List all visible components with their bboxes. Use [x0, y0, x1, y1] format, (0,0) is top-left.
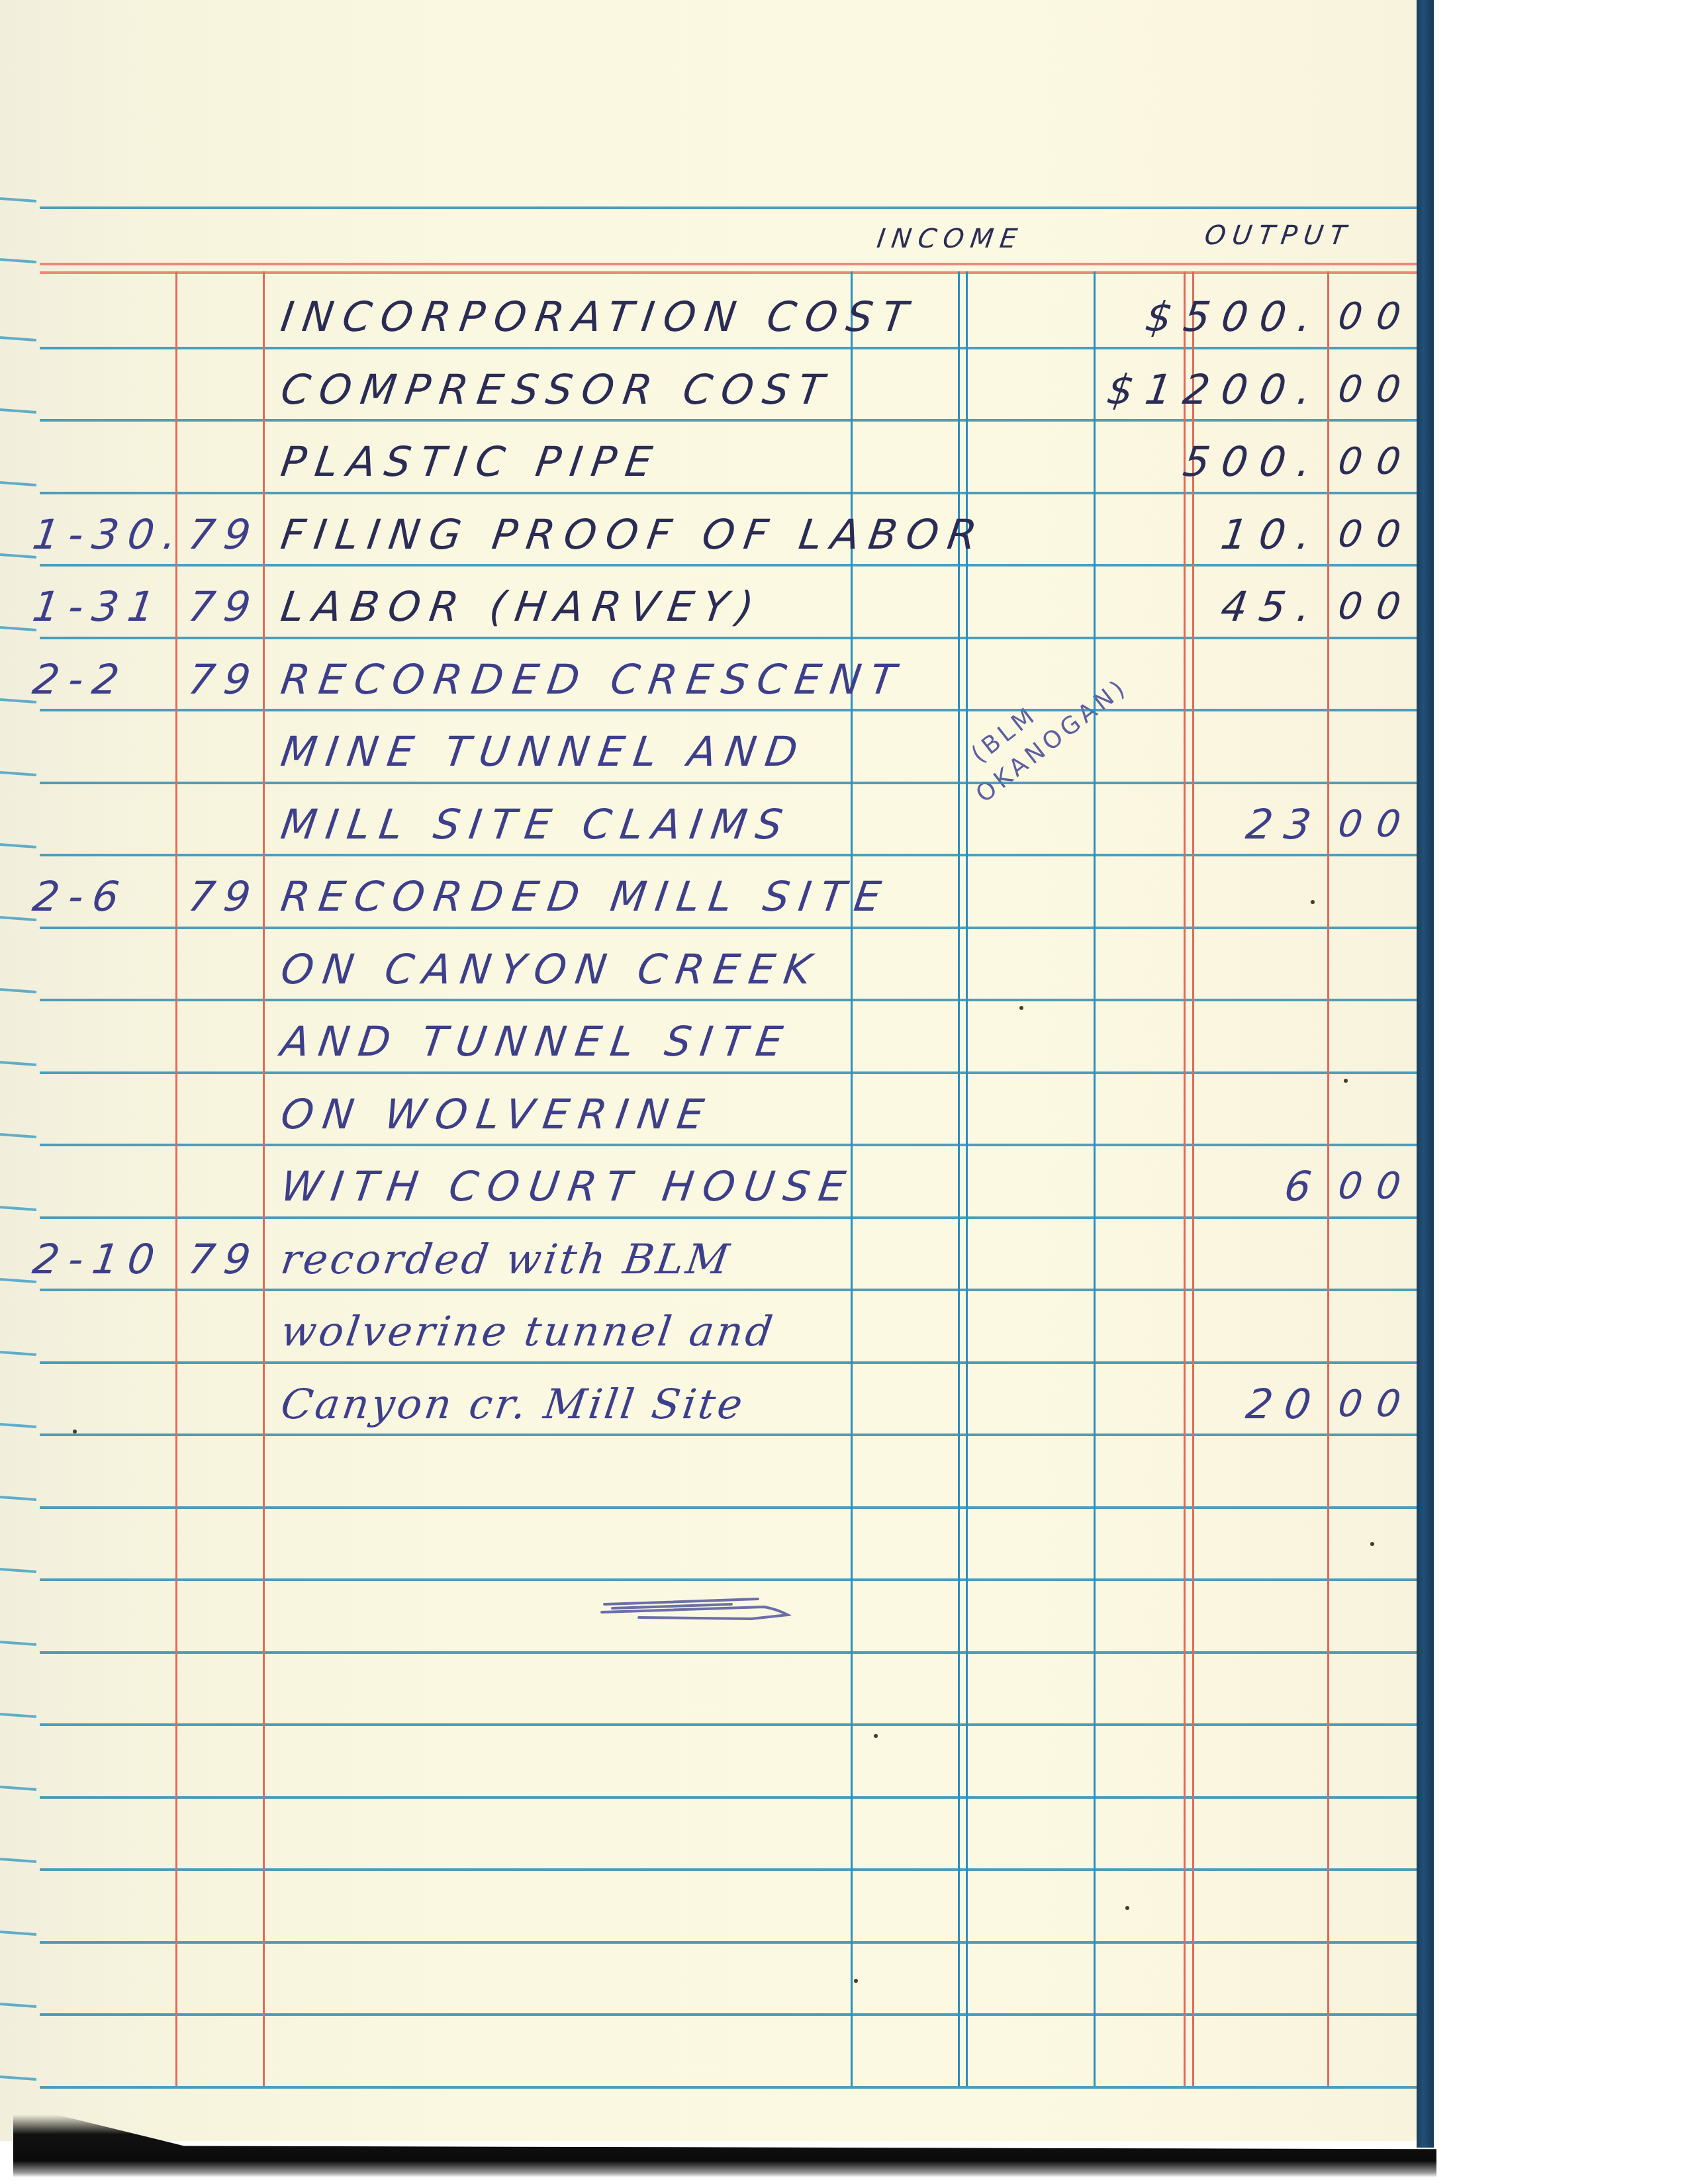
margin-tick — [0, 408, 36, 414]
entry-description: COMPRESSOR COST — [278, 365, 836, 414]
entry-description: RECORDED CRESCENT — [278, 655, 908, 704]
entry-year: 79 — [185, 655, 263, 704]
header-top-rule — [40, 206, 1422, 209]
entry-description: MILL SITE CLAIMS — [278, 800, 795, 848]
row-rule — [40, 1433, 1422, 1436]
row-rule — [40, 1651, 1422, 1654]
margin-tick — [0, 2075, 36, 2081]
output-amount-cents: 00 — [1335, 1383, 1417, 1426]
row-rule — [40, 854, 1422, 856]
margin-tick — [0, 1133, 36, 1138]
entry-date: 1-30. — [30, 510, 189, 559]
margin-tick — [0, 988, 36, 993]
row-rule — [40, 1578, 1422, 1581]
margin-tick — [0, 1641, 36, 1646]
margin-tick — [0, 2003, 36, 2008]
entry-description: LABOR (HARVEY) — [278, 582, 766, 631]
entry-description: RECORDED MILL SITE — [278, 872, 893, 921]
paper-speck — [1344, 1079, 1348, 1083]
margin-tick — [0, 1351, 36, 1356]
header-red-rule — [40, 263, 1422, 265]
entry-description: Canyon cr. Mill Site — [278, 1380, 748, 1428]
paper-speck — [854, 1979, 858, 1983]
entry-date: 2-2 — [30, 655, 132, 704]
margin-tick — [0, 1496, 36, 1501]
output-amount-dollars: 500. — [1180, 437, 1326, 486]
margin-tick — [0, 197, 36, 203]
row-rule — [40, 709, 1422, 711]
row-rule — [40, 419, 1422, 422]
scribble-mark — [599, 1595, 791, 1624]
row-rule — [40, 1868, 1422, 1871]
row-rule — [40, 1361, 1422, 1364]
entry-description: PLASTIC PIPE — [278, 437, 664, 486]
row-rule — [40, 492, 1422, 494]
margin-tick — [0, 336, 36, 341]
output-amount-dollars: 10. — [1218, 510, 1326, 559]
entry-description: MINE TUNNEL AND — [278, 727, 810, 776]
paper-speck — [874, 1734, 878, 1738]
entry-description: WITH COURT HOUSE — [278, 1162, 858, 1210]
margin-tick — [0, 1568, 36, 1573]
entry-description: AND TUNNEL SITE — [278, 1017, 795, 1066]
column-rule-red — [1192, 271, 1194, 2086]
ledger-page: INCOME OUTPUT (BLM OKANOGAN) INCORPORATI… — [0, 0, 1422, 2141]
entry-year: 79 — [185, 510, 263, 559]
paper-speck — [1019, 1006, 1023, 1010]
paper-speck — [73, 1430, 77, 1433]
output-amount-cents: 00 — [1335, 440, 1417, 483]
header-red-rule — [40, 271, 1422, 274]
margin-tick — [0, 1786, 36, 1791]
entry-description: wolverine tunnel and — [278, 1307, 778, 1355]
output-amount-cents: 00 — [1335, 295, 1417, 338]
output-amount-dollars: 23 — [1243, 800, 1326, 848]
margin-tick — [0, 1713, 36, 1718]
column-rule-red — [1184, 271, 1186, 2086]
entry-description: recorded with BLM — [278, 1235, 735, 1283]
row-rule — [40, 782, 1422, 784]
margin-tick — [0, 771, 36, 776]
income-header: INCOME — [875, 224, 1025, 254]
entry-description: ON CANYON CREEK — [278, 945, 823, 993]
paper-speck — [1125, 1906, 1129, 1910]
book-cover-edge — [1417, 0, 1434, 2148]
margin-tick — [0, 1423, 36, 1428]
entry-year: 79 — [185, 582, 263, 631]
row-rule — [40, 2086, 1422, 2089]
column-rule-blue — [1094, 271, 1096, 2086]
entry-date: 2-10 — [30, 1235, 167, 1283]
output-amount-dollars: $500. — [1142, 293, 1326, 341]
entry-date: 1-31 — [30, 582, 167, 631]
paper-speck — [1370, 1542, 1374, 1546]
row-rule — [40, 637, 1422, 639]
output-amount-dollars: 45. — [1218, 582, 1326, 631]
row-rule — [40, 1289, 1422, 1291]
row-rule — [40, 564, 1422, 567]
margin-tick — [0, 843, 36, 848]
entry-year: 79 — [185, 1235, 263, 1283]
output-amount-cents: 00 — [1335, 585, 1417, 628]
column-rule-red — [263, 271, 265, 2086]
margin-tick — [0, 1061, 36, 1066]
margin-tick — [0, 258, 36, 263]
row-rule — [40, 1071, 1422, 1074]
entry-description: FILING PROOF OF LABOR — [278, 510, 989, 559]
output-amount-cents: 00 — [1335, 513, 1417, 556]
margin-tick — [0, 481, 36, 486]
margin-tick — [0, 1931, 36, 1936]
output-amount-cents: 00 — [1335, 803, 1417, 846]
row-rule — [40, 347, 1422, 349]
row-rule — [40, 1941, 1422, 1944]
row-rule — [40, 999, 1422, 1001]
entry-date: 2-6 — [30, 872, 132, 921]
row-rule — [40, 927, 1422, 929]
column-rule-red — [1327, 271, 1329, 2086]
row-rule — [40, 1723, 1422, 1726]
output-amount-dollars: 20 — [1243, 1380, 1326, 1428]
output-amount-dollars: $1200. — [1104, 365, 1326, 414]
entry-description: ON WOLVERINE — [278, 1090, 716, 1138]
row-rule — [40, 1144, 1422, 1146]
row-rule — [40, 1216, 1422, 1219]
output-amount-cents: 00 — [1335, 368, 1417, 411]
row-rule — [40, 2013, 1422, 2016]
row-rule — [40, 1796, 1422, 1799]
margin-tick — [0, 1206, 36, 1211]
entry-description: INCORPORATION COST — [278, 293, 920, 341]
margin-tick — [0, 1858, 36, 1863]
entry-year: 79 — [185, 872, 263, 921]
row-rule — [40, 1506, 1422, 1509]
output-header: OUTPUT — [1203, 220, 1354, 251]
output-amount-cents: 00 — [1335, 1165, 1417, 1208]
paper-speck — [1311, 900, 1315, 904]
output-amount-dollars: 6 — [1281, 1162, 1326, 1210]
